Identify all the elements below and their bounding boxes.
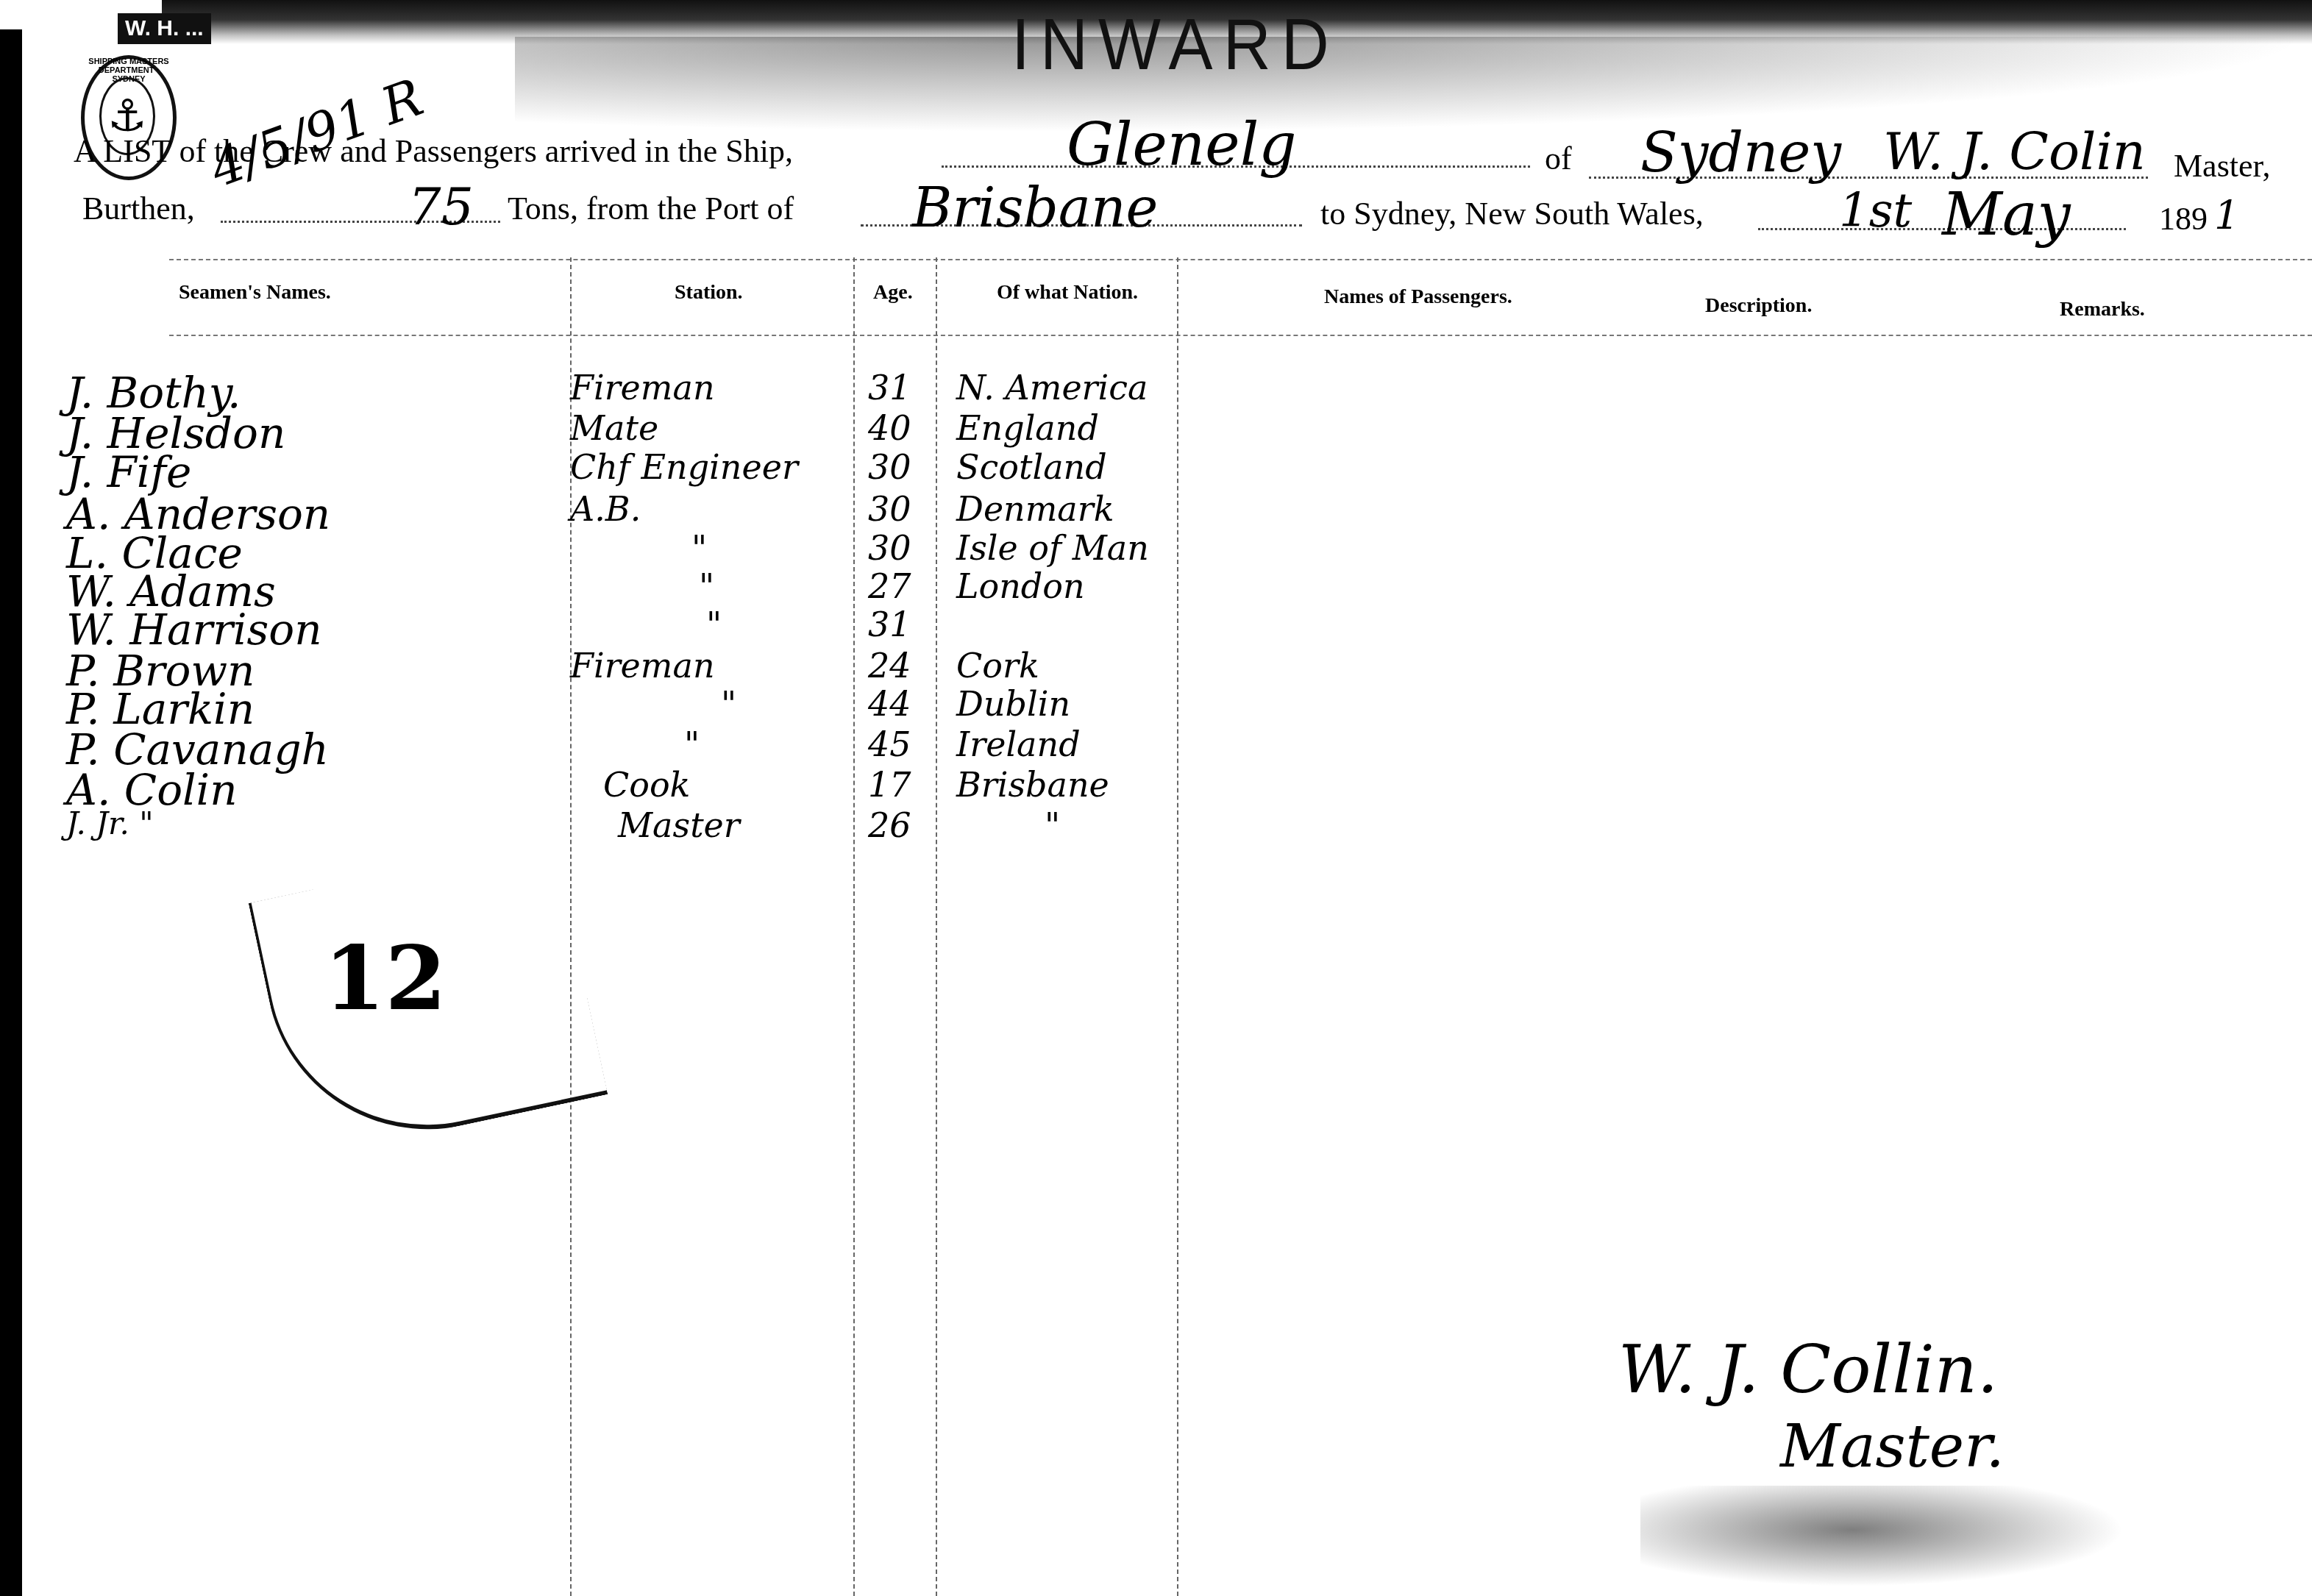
crew-row: J. Helsdon Mate 40 England — [0, 408, 1251, 447]
column-header-passenger-names: Names of Passengers. — [1324, 285, 1512, 309]
crew-row: P. Brown Fireman 24 Cork — [0, 646, 1251, 685]
seaman-nation: Cork — [956, 646, 1039, 685]
crew-row: P. Cavanagh " 45 Ireland — [0, 724, 1251, 763]
seaman-age: 45 — [868, 724, 911, 764]
year-prefix: 189 — [2159, 200, 2208, 238]
header-bottom-rule — [169, 335, 2312, 336]
crew-row: P. Larkin " 44 Dublin — [0, 684, 1251, 723]
scan-smudge-top-fade — [515, 37, 2312, 132]
seaman-age: 27 — [868, 566, 911, 606]
crew-row: W. Harrison " 31 — [0, 605, 1251, 644]
seaman-nation: Ireland — [956, 724, 1081, 764]
seaman-station: " — [684, 724, 700, 764]
ship-name-value: Glenelg — [1067, 110, 1297, 179]
seaman-station: Chf Engineer — [570, 447, 798, 487]
home-port-value: Sydney — [1640, 121, 1841, 185]
burthen-label: Burthen, — [82, 190, 195, 227]
scan-smudge-bottom — [1640, 1486, 2170, 1596]
crew-row: J. Jr. " Master 26 " — [0, 805, 1251, 844]
seaman-station: A.B. — [570, 489, 641, 529]
column-header-remarks: Remarks. — [2060, 298, 2145, 321]
master-signature-title: Master. — [1780, 1412, 2005, 1481]
seaman-station: " — [706, 605, 722, 644]
column-header-seamen-names: Seamen's Names. — [179, 281, 331, 304]
seaman-nation: London — [956, 566, 1085, 606]
of-label: of — [1545, 140, 1572, 177]
seaman-nation: England — [956, 408, 1099, 448]
seaman-name: J. Jr. " — [66, 805, 154, 841]
seaman-station: Cook — [603, 765, 690, 805]
tons-label: Tons, from the Port of — [508, 190, 794, 227]
seaman-station: " — [699, 566, 714, 606]
crew-row: A. Colin Cook 17 Brisbane — [0, 765, 1251, 804]
seaman-nation: N. America — [956, 368, 1148, 407]
destination-label: to Sydney, New South Wales, — [1320, 195, 1704, 232]
seaman-station: Master — [618, 805, 740, 845]
tally-count: 12 — [324, 927, 447, 1030]
column-header-nation: Of what Nation. — [997, 281, 1138, 304]
seaman-age: 26 — [868, 805, 911, 845]
seaman-station: " — [691, 528, 707, 568]
title-line-prefix: A LIST of the Crew and Passengers arrive… — [74, 132, 793, 170]
seaman-nation: " — [1045, 805, 1060, 845]
master-label: Master, — [2174, 147, 2270, 185]
form-type-title: INWARD — [1011, 4, 1340, 87]
seaman-nation: Isle of Man — [956, 528, 1149, 568]
seaman-age: 40 — [868, 408, 911, 448]
master-signature: W. J. Collin. — [1618, 1331, 1998, 1408]
year-suffix-value: 1 — [2214, 193, 2239, 239]
seaman-age: 17 — [868, 765, 911, 805]
seaman-age: 30 — [868, 528, 911, 568]
seaman-nation: Dublin — [956, 684, 1070, 724]
seaman-nation: Denmark — [956, 489, 1114, 529]
column-header-station: Station. — [675, 281, 743, 304]
departure-port-value: Brisbane — [912, 177, 1158, 240]
header-strip: W. H. ... — [118, 13, 211, 44]
seaman-age: 31 — [868, 368, 911, 407]
seaman-age: 24 — [868, 646, 911, 685]
crew-row: A. Anderson A.B. 30 Denmark — [0, 489, 1251, 528]
table-top-rule — [169, 259, 2312, 260]
seaman-nation: Brisbane — [956, 765, 1109, 805]
seaman-station: " — [721, 684, 736, 724]
seaman-nation: Scotland — [956, 447, 1107, 487]
crew-row: L. Clace " 30 Isle of Man — [0, 528, 1251, 567]
seaman-age: 30 — [868, 447, 911, 487]
seaman-age: 31 — [868, 605, 911, 644]
crew-row: J. Fife Chf Engineer 30 Scotland — [0, 447, 1251, 486]
seaman-station: Mate — [570, 408, 658, 448]
tons-value: 75 — [408, 177, 474, 237]
crew-row: J. Bothy. Fireman 31 N. America — [0, 368, 1251, 407]
column-header-description: Description. — [1705, 294, 1812, 318]
master-name-value: W. J. Colin — [1883, 121, 2146, 182]
crew-row: W. Adams " 27 London — [0, 566, 1251, 605]
seaman-age: 30 — [868, 489, 911, 529]
column-header-age: Age. — [873, 281, 913, 304]
seaman-station: Fireman — [570, 368, 715, 407]
arrival-day-value: 1st — [1839, 184, 1912, 238]
arrival-month-value: May — [1942, 180, 2071, 249]
seaman-age: 44 — [868, 684, 911, 724]
seaman-station: Fireman — [570, 646, 715, 685]
